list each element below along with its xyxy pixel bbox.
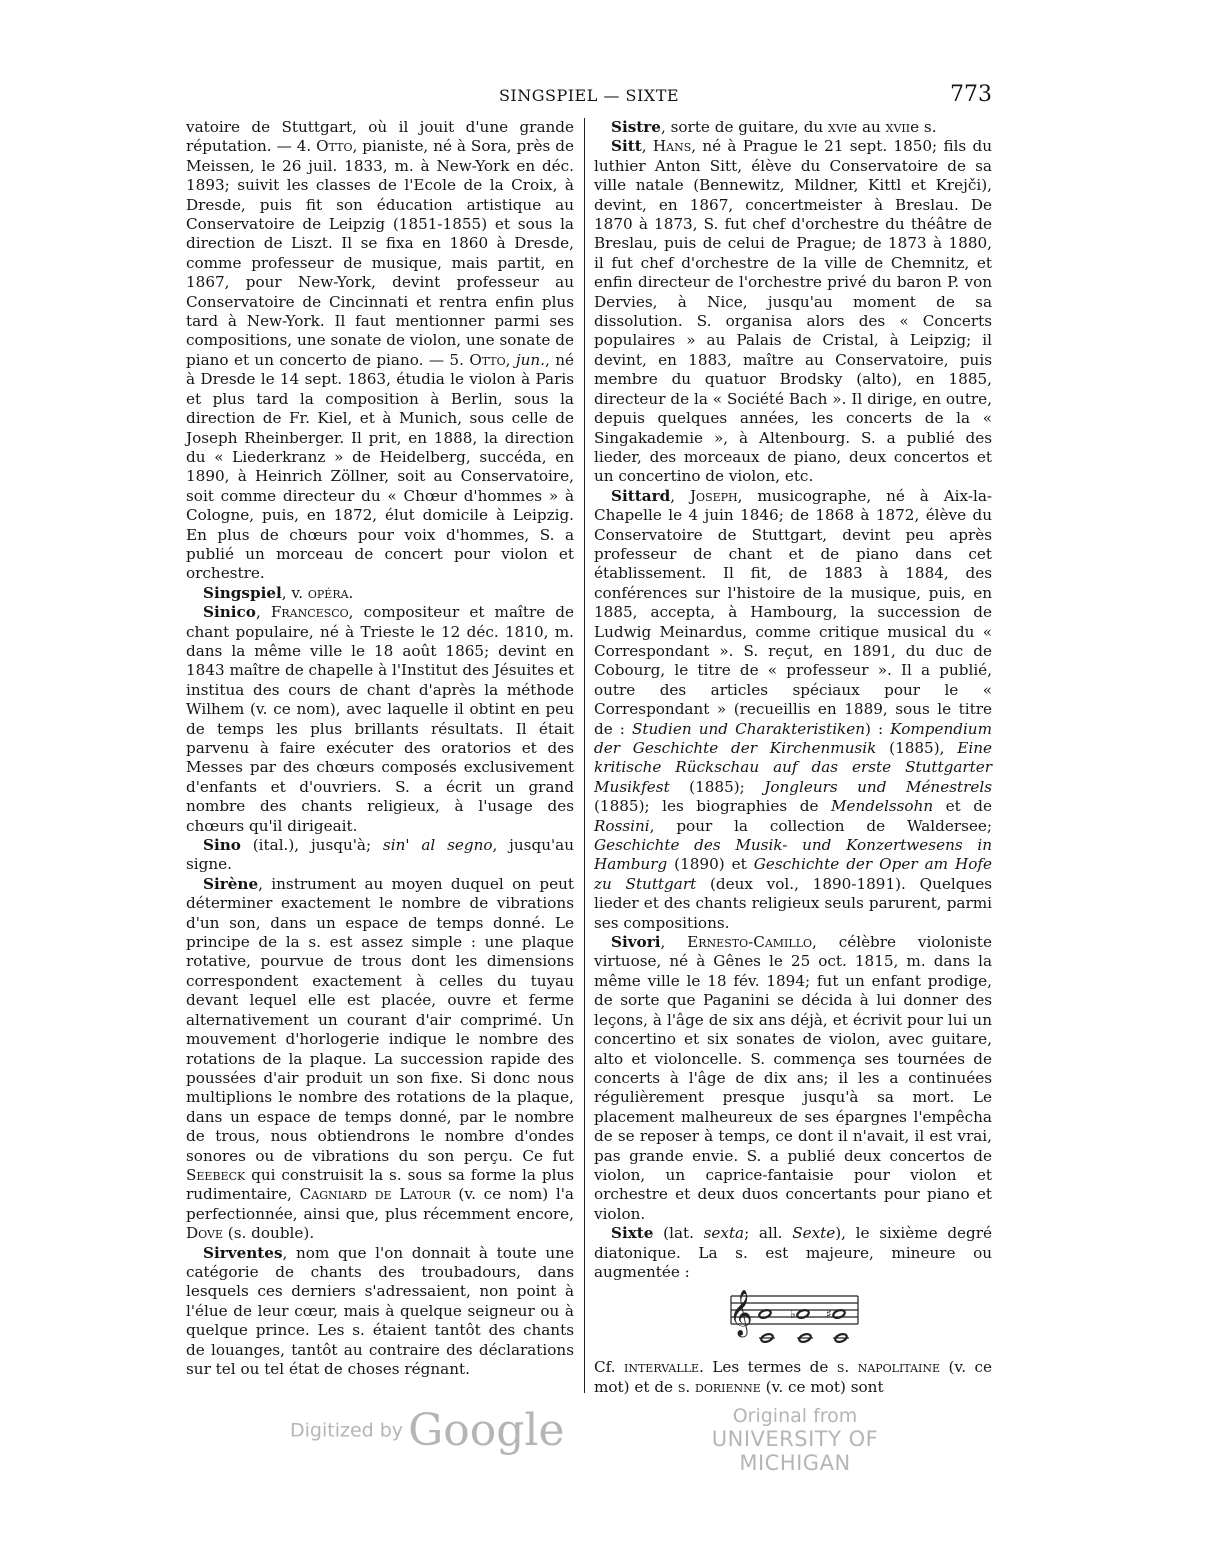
person-name: Francesco	[271, 603, 349, 621]
cross-reference: intervalle.	[624, 1358, 704, 1376]
svg-text:♭: ♭	[790, 1307, 796, 1321]
running-title: SINGSPIEL — SIXTE	[186, 86, 992, 105]
entry-sino: Sino (ital.), jusqu'à; sin' al segno, ju…	[186, 836, 574, 875]
right-column: Sistre, sorte de guitare, du xvie au xvi…	[594, 118, 992, 1397]
entry-singspiel: Singspiel, v. opéra.	[186, 584, 574, 603]
cross-reference: s. dorienne	[678, 1378, 761, 1396]
entry-sirventes: Sirventes, nom que l'on donnait à toute …	[186, 1244, 574, 1380]
headword: Sino	[203, 836, 241, 854]
person-name: Otto	[316, 137, 352, 155]
entry-sixte: Sixte (lat. sexta; all. Sexte), le sixiè…	[594, 1224, 992, 1282]
entry-sivori: Sivori, Ernesto-Camillo, célèbre violoni…	[594, 933, 992, 1224]
person-name: Otto	[469, 351, 505, 369]
left-column: vatoire de Stuttgart, où il jouit d'une …	[186, 118, 574, 1379]
svg-text:𝄞: 𝄞	[729, 1290, 753, 1338]
cross-reference: s. napolitaine	[837, 1358, 940, 1376]
headword: Sinico	[203, 603, 256, 621]
page-number: 773	[950, 82, 992, 107]
cross-reference: opéra.	[308, 584, 354, 602]
headword: Sivori	[611, 933, 660, 951]
entry-continuation: vatoire de Stuttgart, où il jouit d'une …	[186, 118, 574, 584]
headword: Sirventes	[203, 1244, 283, 1262]
person-name: Joseph	[690, 487, 738, 505]
entry-sitt: Sitt, Hans, né à Prague le 21 sept. 1850…	[594, 137, 992, 486]
headword: Singspiel	[203, 584, 282, 602]
entry-sinico: Sinico, Francesco, compositeur et maître…	[186, 603, 574, 836]
headword: Sittard	[611, 487, 670, 505]
entry-cf: Cf. intervalle. Les termes de s. napolit…	[594, 1358, 992, 1397]
headword: Sixte	[611, 1224, 653, 1242]
university-watermark: Original from UNIVERSITY OF MICHIGAN	[670, 1405, 920, 1475]
headword: Sirène	[203, 875, 258, 893]
google-watermark: Digitized by Google	[290, 1405, 565, 1456]
column-divider	[584, 118, 585, 1393]
page-header: SINGSPIEL — SIXTE 773	[186, 84, 992, 108]
music-staff-figure: 𝄞 ♭ ♯	[723, 1288, 863, 1350]
entry-sittard: Sittard, Joseph, musicographe, né à Aix-…	[594, 487, 992, 933]
person-name: Ernesto-Camillo	[687, 933, 812, 951]
svg-text:♯: ♯	[826, 1307, 832, 1321]
person-name: Hans	[653, 137, 691, 155]
headword: Sistre	[611, 118, 661, 136]
entry-sirene: Sirène, instrument au moyen duquel on pe…	[186, 875, 574, 1244]
headword: Sitt	[611, 137, 642, 155]
entry-sistre: Sistre, sorte de guitare, du xvie au xvi…	[594, 118, 992, 137]
google-logo: Google	[408, 1405, 564, 1456]
